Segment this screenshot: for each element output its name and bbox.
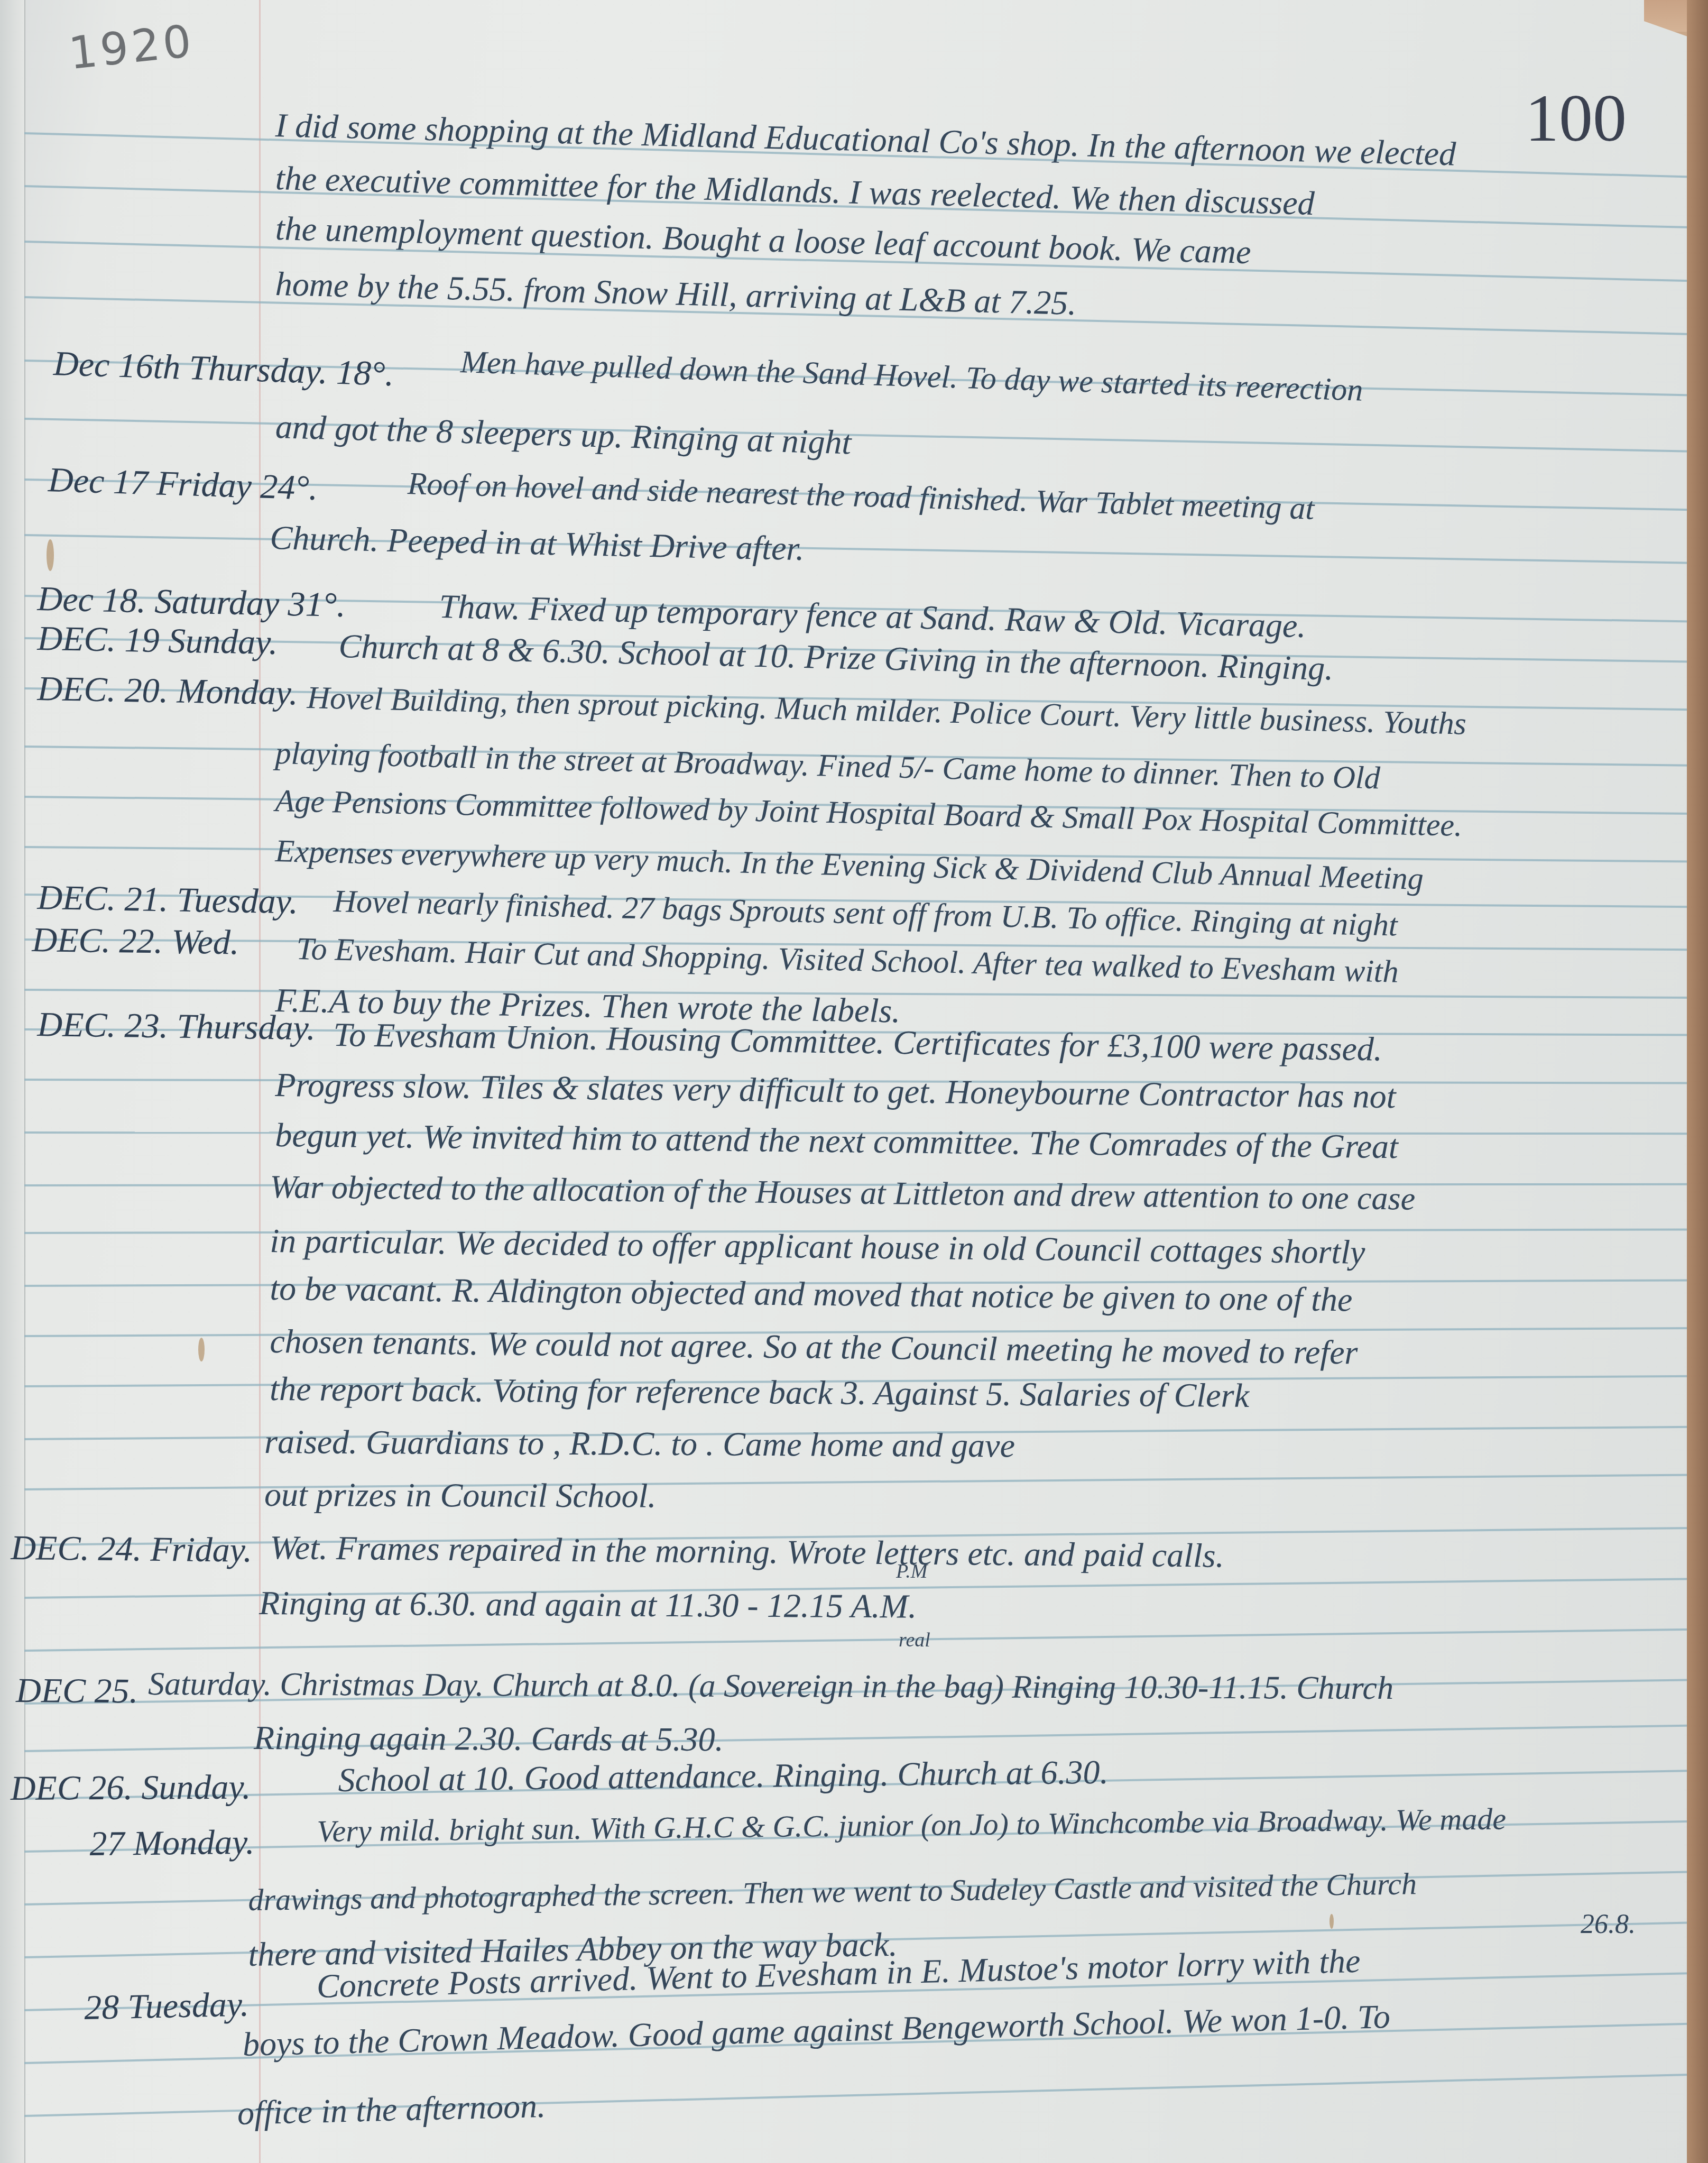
entry-line: to be vacant. R. Aldington objected and …	[270, 1269, 1353, 1319]
entry-line: Men have pulled down the Sand Hovel. To …	[460, 344, 1363, 409]
page-number: 100	[1525, 79, 1627, 157]
superscript-note: real	[899, 1628, 930, 1652]
entry-date: DEC. 24. Friday.	[11, 1528, 252, 1571]
margin-note: 26.8.	[1581, 1909, 1636, 1940]
entry-date: 28 Tuesday.	[84, 1984, 249, 2028]
entry-line: Ringing again 2.30. Cards at 5.30.	[254, 1718, 724, 1759]
margin-rule	[259, 0, 261, 2163]
entry-line: Church. Peeped in at Whist Drive after.	[270, 518, 805, 568]
entry-date: 27 Monday.	[89, 1823, 254, 1864]
entry-line: Ringing at 6.30. and again at 11.30 - 12…	[259, 1584, 917, 1626]
diary-page: 1920 100 I did some shopping at the Midl…	[0, 0, 1697, 2163]
continuation-line: the unemployment question. Bought a loos…	[275, 209, 1251, 272]
rust-stain	[1330, 1914, 1334, 1929]
entry-date: Dec 18. Saturday 31°.	[37, 579, 346, 625]
entry-date: DEC. 20. Monday.	[37, 669, 298, 714]
rust-stain	[47, 539, 54, 571]
entry-line: School at 10. Good attendance. Ringing. …	[338, 1753, 1109, 1800]
entry-line: begun yet. We invited him to attend the …	[275, 1116, 1398, 1166]
rust-stain	[198, 1338, 205, 1361]
entry-line: and got the 8 sleepers up. Ringing at ni…	[275, 407, 852, 462]
entry-line: Progress slow. Tiles & slates very diffi…	[275, 1065, 1396, 1116]
entry-line: To Evesham Union. Housing Committee. Cer…	[333, 1015, 1382, 1069]
entry-date: DEC 26. Sunday.	[11, 1768, 251, 1809]
entry-date: DEC. 19 Sunday.	[37, 619, 278, 663]
entry-date: Dec 17 Friday 24°.	[48, 460, 318, 509]
ruled-line	[24, 1628, 1695, 1652]
year-heading: 1920	[67, 15, 197, 79]
entry-date: DEC 25.	[16, 1671, 138, 1711]
entry-line: drawings and photographed the screen. Th…	[248, 1866, 1417, 1918]
entry-line: War objected to the allocation of the Ho…	[270, 1168, 1416, 1218]
entry-line: the report back. Voting for reference ba…	[270, 1369, 1249, 1415]
entry-line: Hovel Building, then sprout picking. Muc…	[307, 679, 1467, 742]
entry-date: DEC. 21. Tuesday.	[37, 878, 298, 923]
entry-line: Roof on hovel and side nearest the road …	[407, 465, 1315, 527]
entry-date: DEC. 23. Thursday.	[37, 1005, 316, 1048]
wood-background-right	[1687, 0, 1708, 2163]
entry-line: boys to the Crown Meadow. Good game agai…	[242, 1997, 1390, 2064]
entry-line: Saturday. Christmas Day. Church at 8.0. …	[148, 1665, 1393, 1707]
entry-line: raised. Guardians to , R.D.C. to . Came …	[264, 1422, 1015, 1465]
superscript-note: P.M	[896, 1560, 927, 1583]
binding-edge	[0, 0, 25, 2163]
entry-date: Dec 16th Thursday. 18°.	[53, 344, 394, 394]
entry-line: office in the afternoon.	[237, 2086, 546, 2133]
entry-date: DEC. 22. Wed.	[32, 920, 239, 963]
entry-line: Wet. Frames repaired in the morning. Wro…	[270, 1528, 1224, 1576]
entry-line: Very mild. bright sun. With G.H.C & G.C.…	[317, 1801, 1506, 1849]
entry-line: out prizes in Council School.	[264, 1475, 657, 1516]
continuation-line: home by the 5.55. from Snow Hill, arrivi…	[275, 264, 1077, 323]
